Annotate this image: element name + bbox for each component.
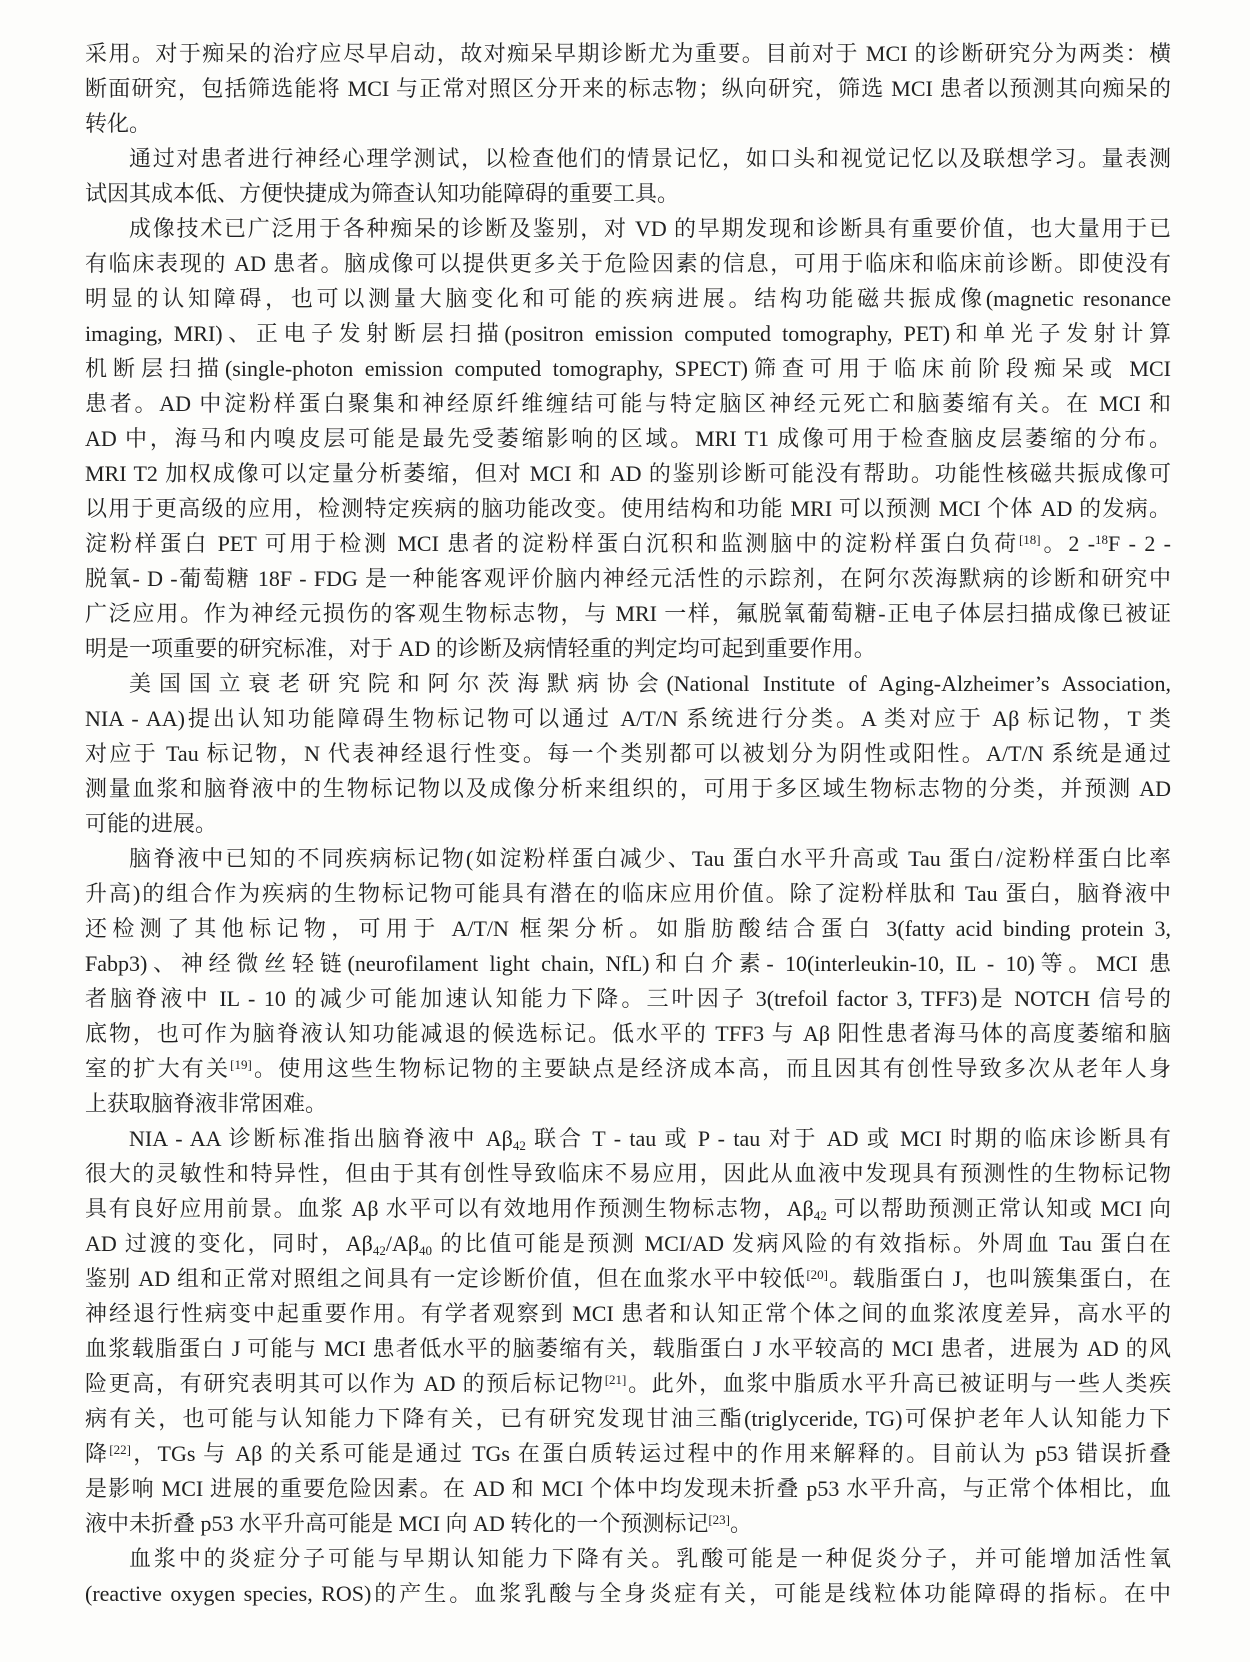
reference-superscript: [21] (605, 1372, 627, 1387)
text-line: 血浆中的炎症分子可能与早期认知能力下降有关。乳酸可能是一种促炎分子，并可能增加活… (85, 1541, 1171, 1576)
reference-superscript: 18 (1095, 532, 1108, 547)
text-line: 以用于更高级的应用，检测特定疾病的脑功能改变。使用结构和功能 MRI 可以预测 … (85, 491, 1171, 526)
reference-superscript: [19] (230, 1057, 252, 1072)
text-line: 对应于 Tau 标记物，N 代表神经退行性变。每一个类别都可以被划分为阴性或阳性… (85, 736, 1171, 771)
text-line: 明显的认知障碍，也可以测量大脑变化和可能的疾病进展。结构功能磁共振成像(magn… (85, 281, 1171, 316)
subscript-text: 42 (373, 1243, 386, 1258)
text-line: 还检测了其他标记物，可用于 A/T/N 框架分析。如脂肪酸结合蛋白 3(fatt… (85, 911, 1171, 946)
text-line: 成像技术已广泛用于各种痴呆的诊断及鉴别，对 VD 的早期发现和诊断具有重要价值，… (85, 211, 1171, 246)
text-line: 鉴别 AD 组和正常对照组之间具有一定诊断价值，但在血浆水平中较低[20]。载脂… (85, 1261, 1171, 1296)
text-line: 通过对患者进行神经心理学测试，以检查他们的情景记忆，如口头和视觉记忆以及联想学习… (85, 141, 1171, 176)
text-line: 患者。AD 中淀粉样蛋白聚集和神经原纤维缠结可能与特定脑区神经元死亡和脑萎缩有关… (85, 386, 1171, 421)
text-line: 可能的进展。 (85, 806, 1171, 841)
text-line: 险更高，有研究表明其可以作为 AD 的预后标记物[21]。此外，血浆中脂质水平升… (85, 1366, 1171, 1401)
text-line: 淀粉样蛋白 PET 可用于检测 MCI 患者的淀粉样蛋白沉积和监测脑中的淀粉样蛋… (85, 526, 1171, 561)
text-line: NIA - AA 诊断标准指出脑脊液中 Aβ42 联合 T - tau 或 P … (85, 1121, 1171, 1156)
text-line: 是影响 MCI 进展的重要危险因素。在 AD 和 MCI 个体中均发现未折叠 p… (85, 1471, 1171, 1506)
text-line: imaging, MRI)、正电子发射断层扫描(positron emissio… (85, 316, 1171, 351)
reference-superscript: [18] (1019, 532, 1041, 547)
text-line: AD 中，海马和内嗅皮层可能是最先受萎缩影响的区域。MRI T1 成像可用于检查… (85, 421, 1171, 456)
document-page: 采用。对于痴呆的治疗应尽早启动，故对痴呆早期诊断尤为重要。目前对于 MCI 的诊… (0, 0, 1250, 1662)
subscript-text: 42 (814, 1208, 827, 1223)
text-block: 采用。对于痴呆的治疗应尽早启动，故对痴呆早期诊断尤为重要。目前对于 MCI 的诊… (85, 36, 1171, 1611)
text-line: 测量血浆和脑脊液中的生物标记物以及成像分析来组织的，可用于多区域生物标志物的分类… (85, 771, 1171, 806)
text-line: 断面研究，包括筛选能将 MCI 与正常对照区分开来的标志物；纵向研究，筛选 MC… (85, 71, 1171, 106)
text-line: 试因其成本低、方便快捷成为筛查认知功能障碍的重要工具。 (85, 176, 1171, 211)
text-line: MRI T2 加权成像可以定量分析萎缩，但对 MCI 和 AD 的鉴别诊断可能没… (85, 456, 1171, 491)
text-line: 广泛应用。作为神经元损伤的客观生物标志物，与 MRI 一样，氟脱氧葡萄糖-正电子… (85, 596, 1171, 631)
text-line: 美国国立衰老研究院和阿尔茨海默病协会(National Institute of… (85, 666, 1171, 701)
text-line: 转化。 (85, 106, 1171, 141)
text-line: (reactive oxygen species, ROS)的产生。血浆乳酸与全… (85, 1576, 1171, 1611)
text-line: 血浆载脂蛋白 J 可能与 MCI 患者低水平的脑萎缩有关，载脂蛋白 J 水平较高… (85, 1331, 1171, 1366)
text-line: 脑脊液中已知的不同疾病标记物(如淀粉样蛋白减少、Tau 蛋白水平升高或 Tau … (85, 841, 1171, 876)
subscript-text: 40 (419, 1243, 432, 1258)
text-line: 神经退行性病变中起重要作用。有学者观察到 MCI 患者和认知正常个体之间的血浆浓… (85, 1296, 1171, 1331)
text-line: 脱氧- D -葡萄糖 18F - FDG 是一种能客观评价脑内神经元活性的示踪剂… (85, 561, 1171, 596)
text-line: 降[22]，TGs 与 Aβ 的关系可能是通过 TGs 在蛋白质转运过程中的作用… (85, 1436, 1171, 1471)
text-line: 有临床表现的 AD 患者。脑成像可以提供更多关于危险因素的信息，可用于临床和临床… (85, 246, 1171, 281)
text-line: 很大的灵敏性和特异性，但由于其有创性导致临床不易应用，因此从血液中发现具有预测性… (85, 1156, 1171, 1191)
text-line: 室的扩大有关[19]。使用这些生物标记物的主要缺点是经济成本高，而且因其有创性导… (85, 1051, 1171, 1086)
text-line: NIA - AA)提出认知功能障碍生物标记物可以通过 A/T/N 系统进行分类。… (85, 701, 1171, 736)
text-line: 采用。对于痴呆的治疗应尽早启动，故对痴呆早期诊断尤为重要。目前对于 MCI 的诊… (85, 36, 1171, 71)
reference-superscript: [23] (708, 1512, 730, 1527)
text-line: 者脑脊液中 IL - 10 的减少可能加速认知能力下降。三叶因子 3(trefo… (85, 981, 1171, 1016)
text-line: Fabp3)、神经微丝轻链(neurofilament light chain,… (85, 946, 1171, 981)
text-line: 上获取脑脊液非常困难。 (85, 1086, 1171, 1121)
text-line: 机断层扫描(single-photon emission computed to… (85, 351, 1171, 386)
text-line: 液中未折叠 p53 水平升高可能是 MCI 向 AD 转化的一个预测标记[23]… (85, 1506, 1171, 1541)
text-line: 底物，也可作为脑脊液认知功能减退的候选标记。低水平的 TFF3 与 Aβ 阳性患… (85, 1016, 1171, 1051)
text-line: 升高)的组合作为疾病的生物标记物可能具有潜在的临床应用价值。除了淀粉样肽和 Ta… (85, 876, 1171, 911)
text-line: 明是一项重要的研究标准，对于 AD 的诊断及病情轻重的判定均可起到重要作用。 (85, 631, 1171, 666)
reference-superscript: [20] (806, 1267, 828, 1282)
text-line: AD 过渡的变化，同时，Aβ42/Aβ40 的比值可能是预测 MCI/AD 发病… (85, 1226, 1171, 1261)
reference-superscript: [22] (109, 1442, 131, 1457)
text-line: 具有良好应用前景。血浆 Aβ 水平可以有效地用作预测生物标志物，Aβ42 可以帮… (85, 1191, 1171, 1226)
text-line: 病有关，也可能与认知能力下降有关，已有研究发现甘油三酯(triglyceride… (85, 1401, 1171, 1436)
subscript-text: 42 (513, 1138, 526, 1153)
